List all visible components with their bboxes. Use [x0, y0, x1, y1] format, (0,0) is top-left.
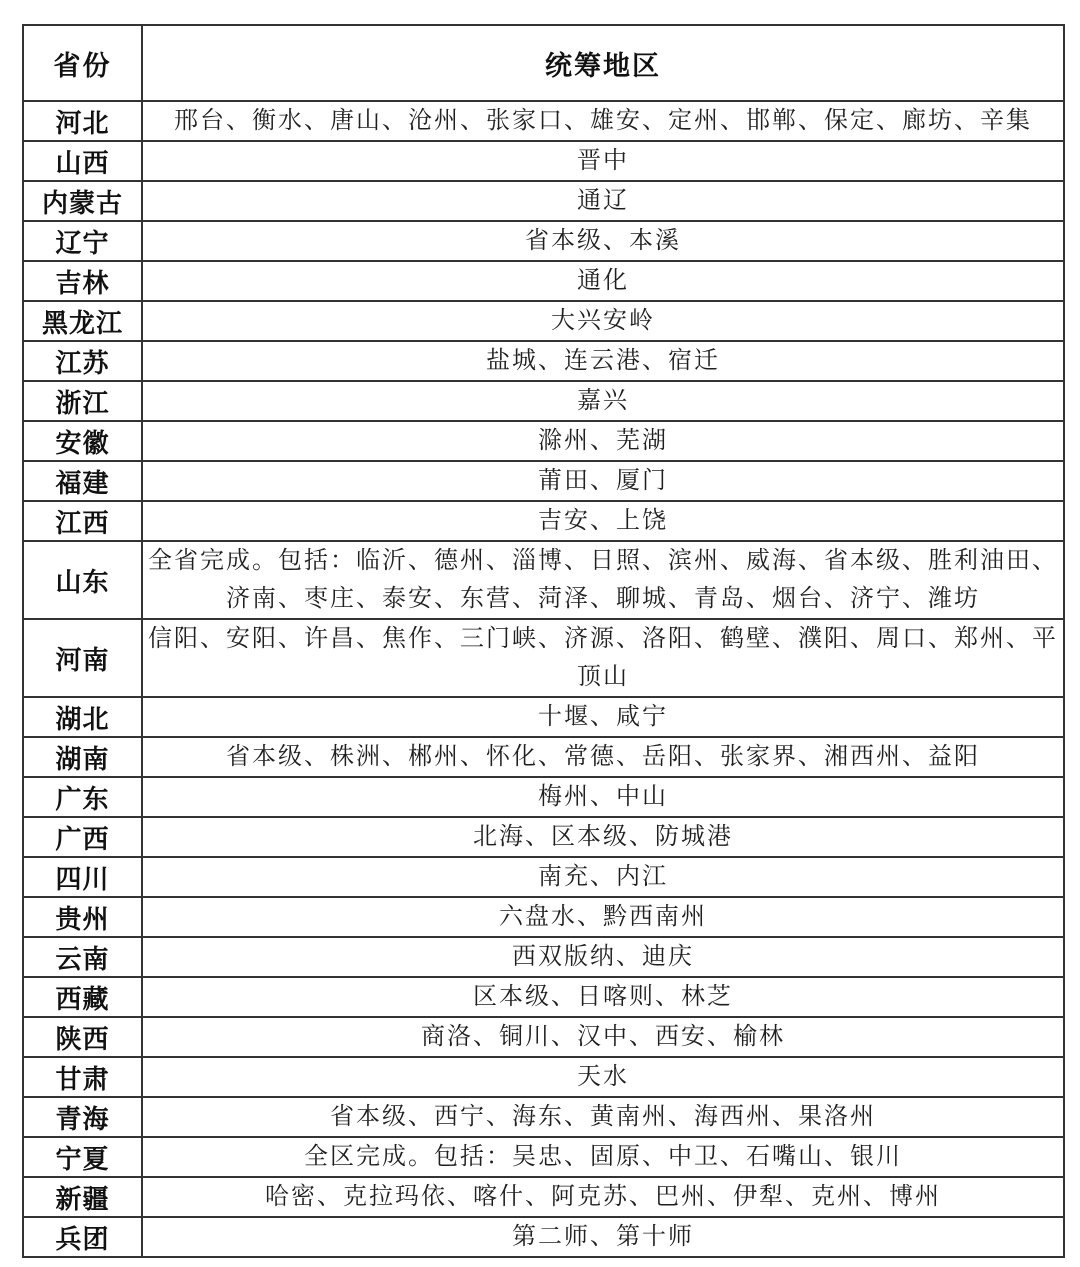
regions-cell: 南充、内江 [142, 857, 1064, 897]
regions-cell: 大兴安岭 [142, 301, 1064, 341]
province-cell: 河北 [23, 101, 142, 141]
regions-cell: 第二师、第十师 [142, 1217, 1064, 1257]
table-row: 广东梅州、中山 [23, 777, 1064, 817]
table-row: 浙江嘉兴 [23, 381, 1064, 421]
province-cell: 陕西 [23, 1017, 142, 1057]
province-cell: 云南 [23, 937, 142, 977]
table-row: 西藏区本级、日喀则、林芝 [23, 977, 1064, 1017]
province-cell: 兵团 [23, 1217, 142, 1257]
regions-cell: 北海、区本级、防城港 [142, 817, 1064, 857]
table-header: 省份 统筹地区 [23, 25, 1064, 101]
regions-cell: 区本级、日喀则、林芝 [142, 977, 1064, 1017]
regions-cell: 十堰、咸宁 [142, 697, 1064, 737]
province-cell: 江西 [23, 501, 142, 541]
table-row: 湖南省本级、株洲、郴州、怀化、常德、岳阳、张家界、湘西州、益阳 [23, 737, 1064, 777]
table-row: 甘肃天水 [23, 1057, 1064, 1097]
table-row: 广西北海、区本级、防城港 [23, 817, 1064, 857]
table-row: 山西晋中 [23, 141, 1064, 181]
table-row: 云南西双版纳、迪庆 [23, 937, 1064, 977]
province-cell: 甘肃 [23, 1057, 142, 1097]
province-cell: 河南 [23, 619, 142, 697]
regions-cell: 全区完成。包括：吴忠、固原、中卫、石嘴山、银川 [142, 1137, 1064, 1177]
province-cell: 西藏 [23, 977, 142, 1017]
table-row: 宁夏全区完成。包括：吴忠、固原、中卫、石嘴山、银川 [23, 1137, 1064, 1177]
table-row: 安徽滁州、芜湖 [23, 421, 1064, 461]
province-cell: 福建 [23, 461, 142, 501]
table-row: 河南信阳、安阳、许昌、焦作、三门峡、济源、洛阳、鹤壁、濮阳、周口、郑州、平顶山 [23, 619, 1064, 697]
regions-cell: 省本级、西宁、海东、黄南州、海西州、果洛州 [142, 1097, 1064, 1137]
table-row: 湖北十堰、咸宁 [23, 697, 1064, 737]
province-cell: 山西 [23, 141, 142, 181]
province-cell: 吉林 [23, 261, 142, 301]
province-cell: 湖北 [23, 697, 142, 737]
table-row: 福建莆田、厦门 [23, 461, 1064, 501]
regions-cell: 邢台、衡水、唐山、沧州、张家口、雄安、定州、邯郸、保定、廊坊、辛集 [142, 101, 1064, 141]
province-cell: 宁夏 [23, 1137, 142, 1177]
table-row: 陕西商洛、铜川、汉中、西安、榆林 [23, 1017, 1064, 1057]
table-row: 新疆哈密、克拉玛依、喀什、阿克苏、巴州、伊犁、克州、博州 [23, 1177, 1064, 1217]
regions-cell: 盐城、连云港、宿迁 [142, 341, 1064, 381]
regions-cell: 通辽 [142, 181, 1064, 221]
province-cell: 广东 [23, 777, 142, 817]
regions-cell: 全省完成。包括：临沂、德州、淄博、日照、滨州、威海、省本级、胜利油田、济南、枣庄… [142, 541, 1064, 619]
header-region: 统筹地区 [142, 25, 1064, 101]
table-row: 青海省本级、西宁、海东、黄南州、海西州、果洛州 [23, 1097, 1064, 1137]
table-row: 江苏盐城、连云港、宿迁 [23, 341, 1064, 381]
province-cell: 辽宁 [23, 221, 142, 261]
regions-cell: 晋中 [142, 141, 1064, 181]
province-cell: 江苏 [23, 341, 142, 381]
province-cell: 浙江 [23, 381, 142, 421]
province-cell: 山东 [23, 541, 142, 619]
table-row: 黑龙江大兴安岭 [23, 301, 1064, 341]
table-row: 辽宁省本级、本溪 [23, 221, 1064, 261]
province-cell: 四川 [23, 857, 142, 897]
header-province: 省份 [23, 25, 142, 101]
table-row: 四川南充、内江 [23, 857, 1064, 897]
province-region-table: 省份 统筹地区 河北邢台、衡水、唐山、沧州、张家口、雄安、定州、邯郸、保定、廊坊… [22, 24, 1065, 1258]
regions-cell: 省本级、本溪 [142, 221, 1064, 261]
regions-cell: 西双版纳、迪庆 [142, 937, 1064, 977]
table-row: 兵团第二师、第十师 [23, 1217, 1064, 1257]
regions-cell: 通化 [142, 261, 1064, 301]
province-cell: 青海 [23, 1097, 142, 1137]
table-row: 内蒙古通辽 [23, 181, 1064, 221]
table-row: 贵州六盘水、黔西南州 [23, 897, 1064, 937]
regions-cell: 嘉兴 [142, 381, 1064, 421]
header-row: 省份 统筹地区 [23, 25, 1064, 101]
regions-cell: 六盘水、黔西南州 [142, 897, 1064, 937]
province-cell: 新疆 [23, 1177, 142, 1217]
regions-cell: 莆田、厦门 [142, 461, 1064, 501]
table-row: 江西吉安、上饶 [23, 501, 1064, 541]
table-row: 河北邢台、衡水、唐山、沧州、张家口、雄安、定州、邯郸、保定、廊坊、辛集 [23, 101, 1064, 141]
table-row: 山东全省完成。包括：临沂、德州、淄博、日照、滨州、威海、省本级、胜利油田、济南、… [23, 541, 1064, 619]
regions-cell: 商洛、铜川、汉中、西安、榆林 [142, 1017, 1064, 1057]
regions-cell: 梅州、中山 [142, 777, 1064, 817]
province-cell: 湖南 [23, 737, 142, 777]
province-cell: 安徽 [23, 421, 142, 461]
region-table-container: 省份 统筹地区 河北邢台、衡水、唐山、沧州、张家口、雄安、定州、邯郸、保定、廊坊… [22, 24, 1063, 1258]
regions-cell: 省本级、株洲、郴州、怀化、常德、岳阳、张家界、湘西州、益阳 [142, 737, 1064, 777]
province-cell: 贵州 [23, 897, 142, 937]
regions-cell: 天水 [142, 1057, 1064, 1097]
province-cell: 广西 [23, 817, 142, 857]
regions-cell: 哈密、克拉玛依、喀什、阿克苏、巴州、伊犁、克州、博州 [142, 1177, 1064, 1217]
regions-cell: 信阳、安阳、许昌、焦作、三门峡、济源、洛阳、鹤壁、濮阳、周口、郑州、平顶山 [142, 619, 1064, 697]
province-cell: 内蒙古 [23, 181, 142, 221]
regions-cell: 滁州、芜湖 [142, 421, 1064, 461]
table-body: 河北邢台、衡水、唐山、沧州、张家口、雄安、定州、邯郸、保定、廊坊、辛集山西晋中内… [23, 101, 1064, 1257]
table-row: 吉林通化 [23, 261, 1064, 301]
province-cell: 黑龙江 [23, 301, 142, 341]
regions-cell: 吉安、上饶 [142, 501, 1064, 541]
